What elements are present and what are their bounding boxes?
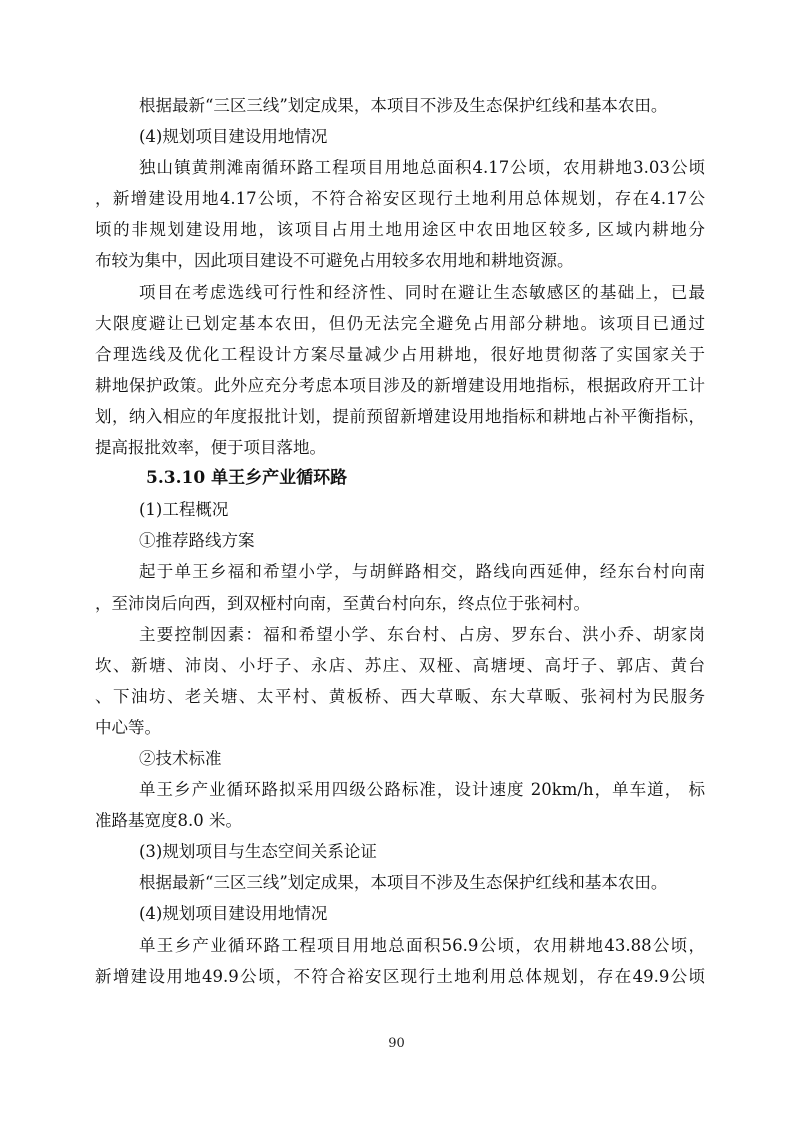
section-heading: 5.3.10 单王乡产业循环路: [95, 463, 705, 494]
text-line: ，新增建设用地4.17公顷，不符合裕安区现行土地利用总体规划，存在4.17公: [95, 183, 705, 214]
text-line: 起于单王乡福和希望小学，与胡鲜路相交，路线向西延伸，经东台村向南: [95, 556, 705, 587]
text-line: ，至沛岗后向西，到双桠村向南，至黄台村向东，终点位于张祠村。: [95, 588, 705, 619]
text-line: 顷的非规划建设用地，该项目占用土地用途区中农田地区较多, 区域内耕地分: [95, 214, 705, 245]
text-line: (4)规划项目建设用地情况: [95, 121, 705, 152]
text-line: 中心等。: [95, 712, 705, 743]
text-line: 根据最新“三区三线”划定成果，本项目不涉及生态保护红线和基本农田。: [95, 90, 705, 121]
text-line: 合理选线及优化工程设计方案尽量减少占用耕地，很好地贯彻落了实国家关于: [95, 339, 705, 370]
text-line: 主要控制因素：福和希望小学、东台村、占房、罗东台、洪小乔、胡家岗: [95, 619, 705, 650]
text-line: 新增建设用地49.9公顷，不符合裕安区现行土地利用总体规划，存在49.9公顷: [95, 961, 705, 992]
text-line: 提高报批效率，便于项目落地。: [95, 432, 705, 463]
document-body-text: 根据最新“三区三线”划定成果，本项目不涉及生态保护红线和基本农田。(4)规划项目…: [95, 90, 705, 992]
text-line: (1)工程概况: [95, 494, 705, 525]
text-line: 单王乡产业循环路拟采用四级公路标准，设计速度 20km/h，单车道， 标: [95, 774, 705, 805]
text-line: ②技术标准: [95, 743, 705, 774]
text-line: 、下油坊、老关塘、太平村、黄板桥、西大草畈、东大草畈、张祠村为民服务: [95, 681, 705, 712]
text-line: 坎、新塘、沛岗、小圩子、永店、苏庄、双桠、高塘埂、高圩子、郭店、黄台: [95, 650, 705, 681]
text-line: 准路基宽度8.0 米。: [95, 805, 705, 836]
text-line: 布较为集中，因此项目建设不可避免占用较多农用地和耕地资源。: [95, 245, 705, 276]
text-line: 划，纳入相应的年度报批计划，提前预留新增建设用地指标和耕地占补平衡指标，: [95, 401, 705, 432]
text-line: 单王乡产业循环路工程项目用地总面积56.9公顷，农用耕地43.88公顷，: [95, 930, 705, 961]
page-number: 90: [0, 1036, 793, 1051]
text-line: (3)规划项目与生态空间关系论证: [95, 836, 705, 867]
text-line: 根据最新“三区三线”划定成果，本项目不涉及生态保护红线和基本农田。: [95, 867, 705, 898]
text-line: 大限度避让已划定基本农田，但仍无法完全避免占用部分耕地。该项目已通过: [95, 308, 705, 339]
document-page: 根据最新“三区三线”划定成果，本项目不涉及生态保护红线和基本农田。(4)规划项目…: [0, 0, 793, 1122]
text-line: (4)规划项目建设用地情况: [95, 898, 705, 929]
text-line: ①推荐路线方案: [95, 525, 705, 556]
text-line: 耕地保护政策。此外应充分考虑本项目涉及的新增建设用地指标，根据政府开工计: [95, 370, 705, 401]
text-line: 项目在考虑选线可行性和经济性、同时在避让生态敏感区的基础上，已最: [95, 277, 705, 308]
text-line: 独山镇黄荆滩南循环路工程项目用地总面积4.17公顷，农用耕地3.03公顷: [95, 152, 705, 183]
